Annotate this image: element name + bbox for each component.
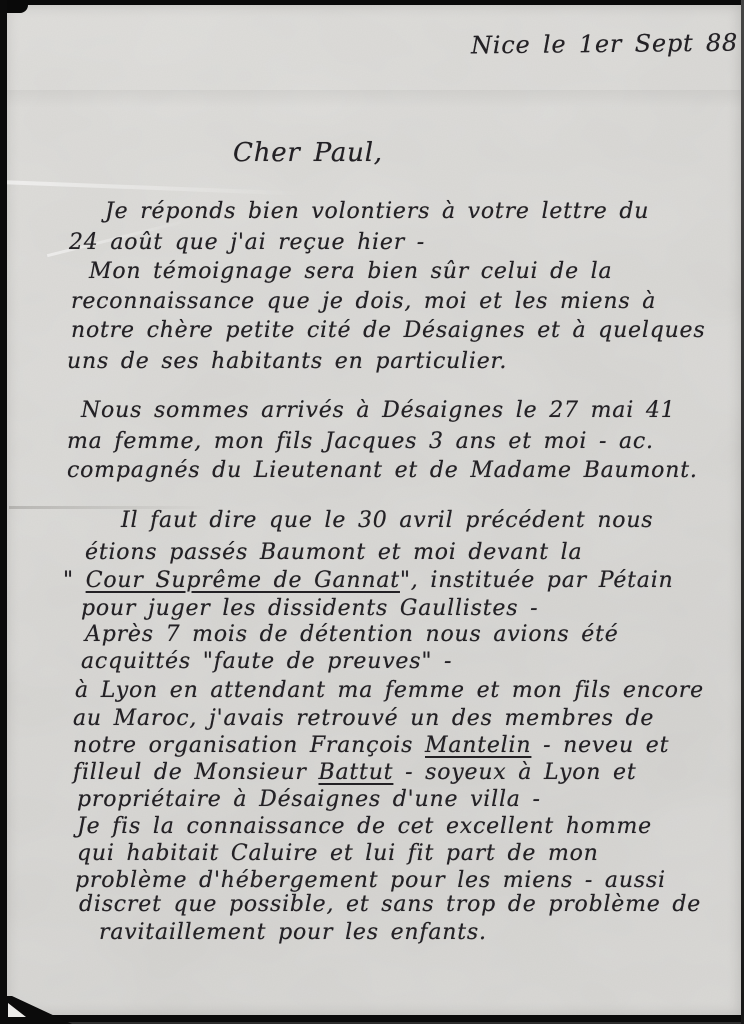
letter-line: Il faut dire que le 30 avril précédent n… bbox=[121, 510, 653, 532]
dateline: Nice le 1er Sept 88 bbox=[471, 31, 738, 58]
line-text: ", instituée par Pétain bbox=[400, 568, 674, 593]
line-text: Je fis la connaissance de cet excellent … bbox=[77, 814, 652, 839]
letter-line: filleul de Monsieur Battut - soyeux à Ly… bbox=[73, 762, 637, 784]
line-text: acquittés "faute de preuves" - bbox=[81, 649, 452, 674]
letter-line: problème d'hébergement pour les miens - … bbox=[75, 870, 666, 892]
line-text: Mon témoignage sera bien sûr celui de la bbox=[89, 259, 612, 284]
letter-line: Je réponds bien volontiers à votre lettr… bbox=[105, 201, 649, 223]
line-text: - neveu et bbox=[531, 733, 669, 758]
letter-line: 24 août que j'ai reçue hier - bbox=[69, 232, 425, 254]
letter-line: qui habitait Caluire et lui fit part de … bbox=[77, 843, 599, 865]
letter-line: Nous sommes arrivés à Désaignes le 27 ma… bbox=[81, 400, 675, 422]
letter-line: acquittés "faute de preuves" - bbox=[81, 651, 452, 673]
line-text: - soyeux à Lyon et bbox=[393, 760, 636, 785]
line-text: notre chère petite cité de Désaignes et … bbox=[71, 318, 705, 343]
line-text: ma femme, mon fils Jacques 3 ans et moi … bbox=[67, 429, 654, 454]
line-text: problème d'hébergement pour les miens - … bbox=[75, 868, 666, 893]
letter-paper: Nice le 1er Sept 88 Cher Paul, Je répond… bbox=[5, 4, 741, 1016]
letter-line: discret que possible, et sans trop de pr… bbox=[79, 894, 701, 916]
line-text: filleul de Monsieur bbox=[73, 760, 319, 785]
underlined-text: Mantelin bbox=[425, 733, 531, 758]
paper-crease bbox=[5, 90, 744, 120]
letter-line: étions passés Baumont et moi devant la bbox=[85, 542, 582, 564]
letter-line: compagnés du Lieutenant et de Madame Bau… bbox=[67, 460, 698, 482]
letter-line: propriétaire à Désaignes d'une villa - bbox=[77, 789, 541, 811]
letter-line: notre chère petite cité de Désaignes et … bbox=[71, 320, 705, 342]
letter-line: ravitaillement pour les enfants. bbox=[99, 922, 487, 944]
line-text: Après 7 mois de détention nous avions ét… bbox=[85, 622, 619, 647]
line-text: Nous sommes arrivés à Désaignes le 27 ma… bbox=[81, 398, 675, 423]
line-text: Il faut dire que le 30 avril précédent n… bbox=[121, 508, 653, 533]
letter-line: à Lyon en attendant ma femme et mon fils… bbox=[75, 680, 704, 702]
paper-crease bbox=[5, 180, 305, 196]
line-text: discret que possible, et sans trop de pr… bbox=[79, 892, 701, 917]
line-text: reconnaissance que je dois, moi et les m… bbox=[71, 289, 656, 314]
letter-line: ma femme, mon fils Jacques 3 ans et moi … bbox=[67, 431, 654, 453]
letter-line: " Cour Suprême de Gannat", instituée par… bbox=[63, 570, 674, 592]
line-text: pour juger les dissidents Gaullistes - bbox=[81, 596, 538, 621]
salutation: Cher Paul, bbox=[233, 140, 383, 166]
line-text: à Lyon en attendant ma femme et mon fils… bbox=[75, 678, 704, 703]
letter-line: uns de ses habitants en particulier. bbox=[67, 351, 507, 373]
line-text: qui habitait Caluire et lui fit part de … bbox=[77, 841, 599, 866]
line-text: uns de ses habitants en particulier. bbox=[67, 349, 507, 374]
line-text: compagnés du Lieutenant et de Madame Bau… bbox=[67, 458, 698, 483]
scanned-letter-page: Nice le 1er Sept 88 Cher Paul, Je répond… bbox=[0, 0, 744, 1024]
underlined-text: Battut bbox=[319, 760, 394, 785]
letter-line: pour juger les dissidents Gaullistes - bbox=[81, 598, 538, 620]
line-text: Je réponds bien volontiers à votre lettr… bbox=[105, 199, 649, 224]
letter-line: Après 7 mois de détention nous avions ét… bbox=[85, 624, 619, 646]
line-text: notre organisation François bbox=[73, 733, 425, 758]
line-text: propriétaire à Désaignes d'une villa - bbox=[77, 787, 541, 812]
letter-line: Mon témoignage sera bien sûr celui de la bbox=[89, 261, 612, 283]
letter-line: reconnaissance que je dois, moi et les m… bbox=[71, 291, 656, 313]
letter-line: au Maroc, j'avais retrouvé un des membre… bbox=[73, 708, 654, 730]
line-text: 24 août que j'ai reçue hier - bbox=[69, 230, 425, 255]
line-text: " bbox=[63, 568, 86, 593]
letter-line: notre organisation François Mantelin - n… bbox=[73, 735, 669, 757]
line-text: au Maroc, j'avais retrouvé un des membre… bbox=[73, 706, 654, 731]
underlined-text: Cour Suprême de Gannat bbox=[86, 568, 400, 593]
line-text: ravitaillement pour les enfants. bbox=[99, 920, 487, 945]
letter-line: Je fis la connaissance de cet excellent … bbox=[77, 816, 652, 838]
scan-edge-bottom bbox=[0, 1015, 744, 1024]
line-text: étions passés Baumont et moi devant la bbox=[85, 540, 582, 565]
